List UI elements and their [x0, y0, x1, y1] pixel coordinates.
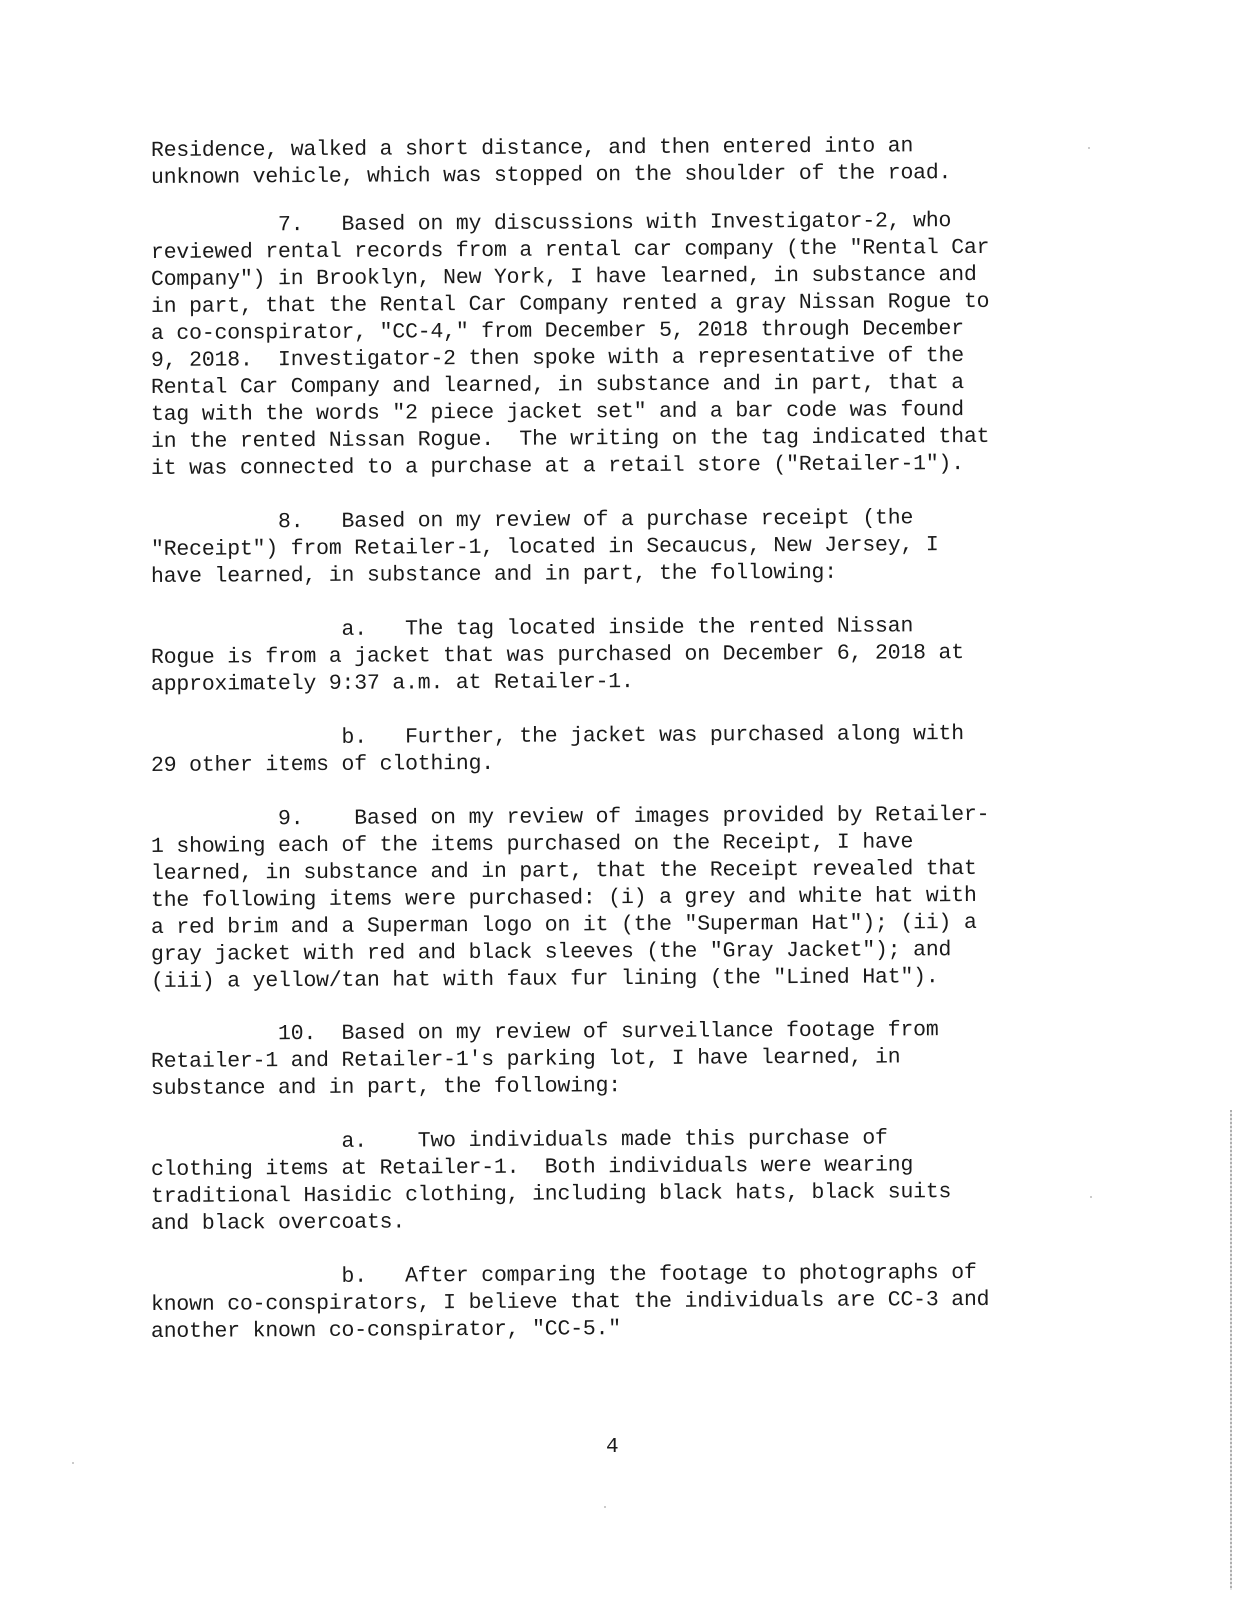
document-line: approximately 9:37 a.m. at Retailer-1. — [151, 669, 634, 699]
page-number: 4 — [606, 1436, 619, 1459]
document-line: (iii) a yellow/tan hat with faux fur lin… — [151, 964, 939, 996]
scan-speck — [1088, 147, 1090, 149]
scan-speck — [72, 1462, 74, 1464]
document-line: substance and in part, the following: — [151, 1073, 621, 1103]
document-line: Retailer-1 and Retailer-1's parking lot,… — [151, 1044, 901, 1076]
document-line: b. Further, the jacket was purchased alo… — [151, 721, 964, 753]
document-line: 29 other items of clothing. — [151, 751, 494, 780]
document-line: another known co-conspirator, "CC-5." — [151, 1316, 621, 1346]
document-line: it was connected to a purchase at a reta… — [151, 451, 964, 483]
document-line: have learned, in substance and in part, … — [151, 560, 837, 591]
document-line: and black overcoats. — [151, 1209, 405, 1238]
document-line: traditional Hasidic clothing, including … — [151, 1179, 951, 1211]
document-line: unknown vehicle, which was stopped on th… — [151, 160, 951, 192]
document-line: Rogue is from a jacket that was purchase… — [151, 640, 964, 672]
document-line: known co-conspirators, I believe that th… — [151, 1287, 989, 1319]
scan-edge-artifact — [1230, 1110, 1232, 1590]
scan-speck — [1090, 1196, 1092, 1198]
document-page: Residence, walked a short distance, and … — [0, 0, 1236, 1600]
scan-speck — [604, 1506, 606, 1508]
